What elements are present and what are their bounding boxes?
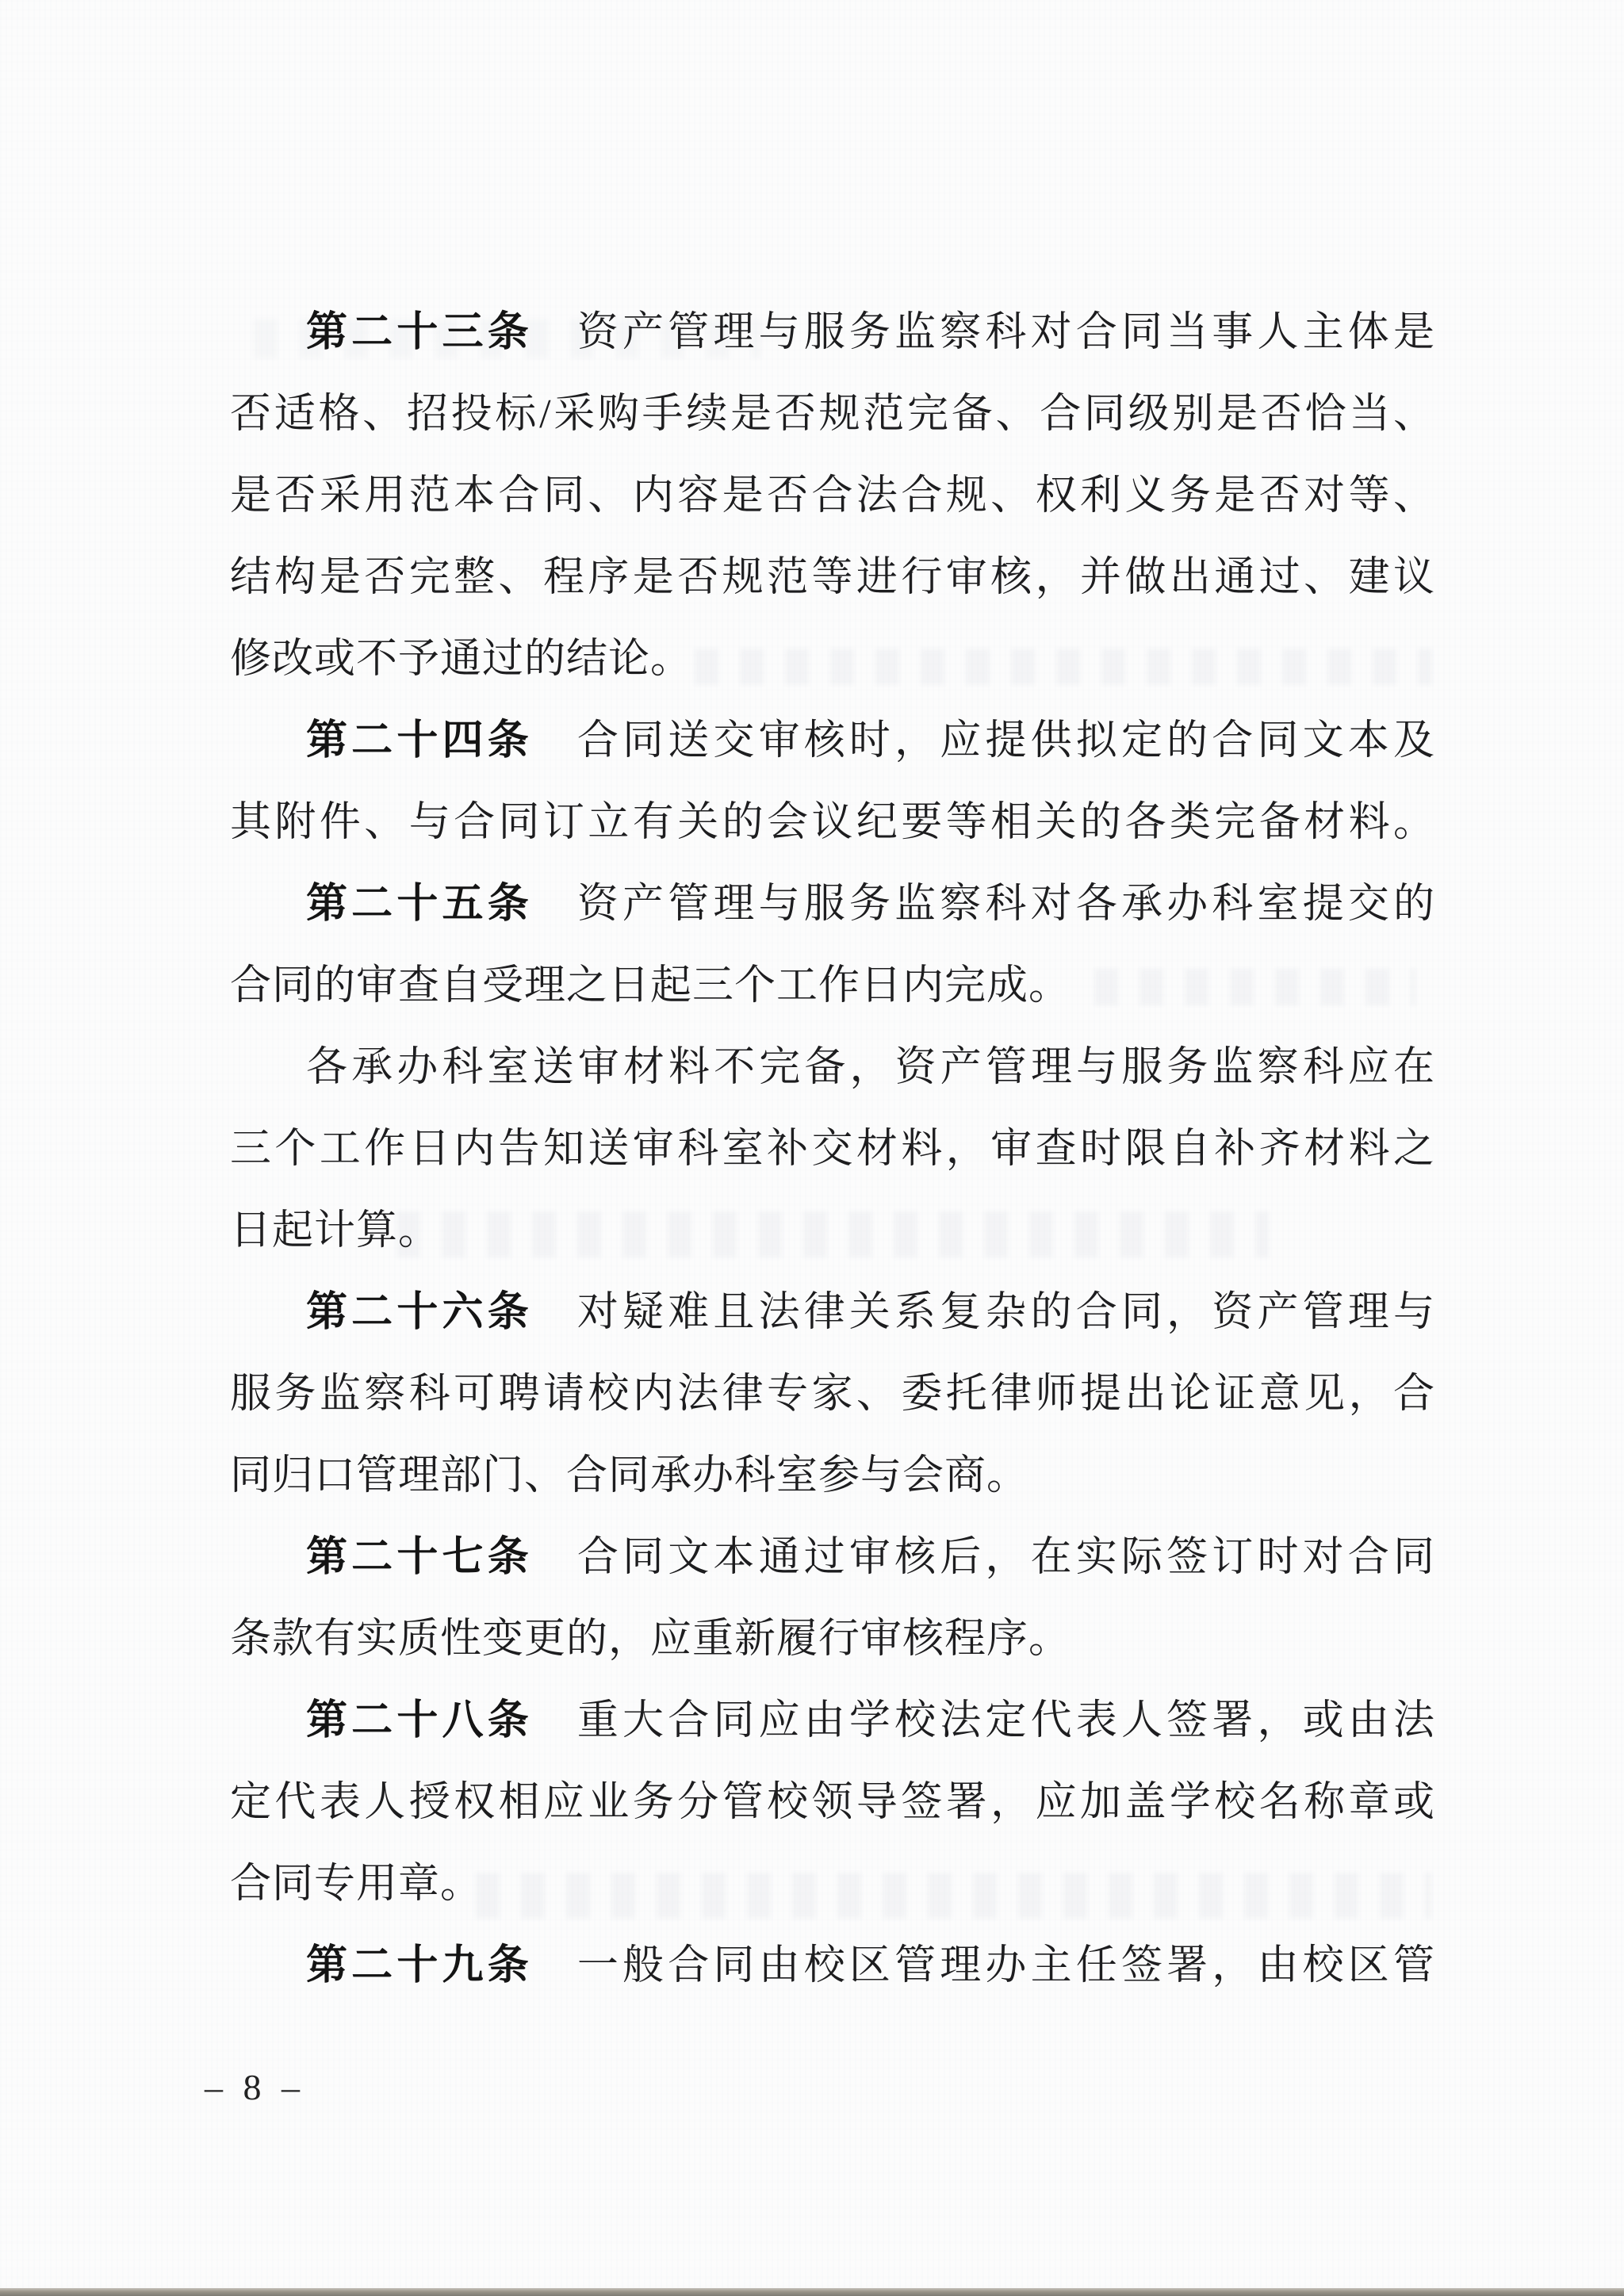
line-text: 同归口管理部门、合同承办科室参与会商。 <box>230 1453 1028 1498</box>
text-line: 第二十五条资产管理与服务监察科对各承办科室提交的 <box>230 863 1435 945</box>
line-text: 日起计算。 <box>230 1208 440 1253</box>
line-text: 对疑难且法律关系复杂的合同，资产管理与 <box>577 1290 1435 1335</box>
page-number: – 8 – <box>205 2066 305 2108</box>
line-text: 合同的审查自受理之日起三个工作日内完成。 <box>230 963 1071 1008</box>
line-text: 修改或不予通过的结论。 <box>230 637 692 682</box>
line-text: 结构是否完整、程序是否规范等进行审核，并做出通过、建议 <box>230 555 1435 600</box>
page-body: 第二十三条资产管理与服务监察科对合同当事人主体是 否适格、招投标/采购手续是否规… <box>230 292 1435 2007</box>
article-number: 第二十五条 <box>306 882 533 927</box>
scanned-document-page: 第二十三条资产管理与服务监察科对合同当事人主体是 否适格、招投标/采购手续是否规… <box>0 0 1624 2296</box>
text-line: 服务监察科可聘请校内法律专家、委托律师提出论证意见，合 <box>230 1353 1435 1435</box>
line-text: 定代表人授权相应业务分管校领导签署，应加盖学校名称章或 <box>230 1780 1435 1825</box>
line-text: 合同送交审核时，应提供拟定的合同文本及 <box>577 718 1435 763</box>
line-text: 条款有实质性变更的，应重新履行审核程序。 <box>230 1617 1071 1662</box>
text-line: 否适格、招投标/采购手续是否规范完备、合同级别是否恰当、 <box>230 373 1435 455</box>
text-line: 第二十四条合同送交审核时，应提供拟定的合同文本及 <box>230 700 1435 782</box>
text-line: 其附件、与合同订立有关的会议纪要等相关的各类完备材料。 <box>230 782 1435 863</box>
text-line: 合同的审查自受理之日起三个工作日内完成。 <box>230 945 1435 1027</box>
line-text: 服务监察科可聘请校内法律专家、委托律师提出论证意见，合 <box>230 1372 1435 1417</box>
text-line: 是否采用范本合同、内容是否合法合规、权利义务是否对等、 <box>230 455 1435 537</box>
text-line: 同归口管理部门、合同承办科室参与会商。 <box>230 1435 1435 1517</box>
article-number: 第二十七条 <box>306 1535 533 1580</box>
line-text: 资产管理与服务监察科对各承办科室提交的 <box>577 882 1435 927</box>
text-line: 合同专用章。 <box>230 1843 1435 1925</box>
line-text: 是否采用范本合同、内容是否合法合规、权利义务是否对等、 <box>230 473 1435 519</box>
line-text: 重大合同应由学校法定代表人签署，或由法 <box>577 1698 1435 1743</box>
line-text: 资产管理与服务监察科对合同当事人主体是 <box>577 310 1435 355</box>
text-line: 结构是否完整、程序是否规范等进行审核，并做出通过、建议 <box>230 537 1435 618</box>
line-text: 合同专用章。 <box>230 1862 482 1907</box>
text-line: 第二十六条对疑难且法律关系复杂的合同，资产管理与 <box>230 1272 1435 1353</box>
line-text: 三个工作日内告知送审科室补交材料，审查时限自补齐材料之 <box>230 1127 1435 1172</box>
line-text: 各承办科室送审材料不完备，资产管理与服务监察科应在 <box>306 1045 1435 1090</box>
text-line: 三个工作日内告知送审科室补交材料，审查时限自补齐材料之 <box>230 1108 1435 1190</box>
line-text: 一般合同由校区管理办主任签署，由校区管 <box>577 1943 1435 1988</box>
text-line: 日起计算。 <box>230 1190 1435 1272</box>
text-line: 条款有实质性变更的，应重新履行审核程序。 <box>230 1598 1435 1680</box>
text-line: 修改或不予通过的结论。 <box>230 618 1435 700</box>
text-line: 第二十八条重大合同应由学校法定代表人签署，或由法 <box>230 1680 1435 1762</box>
text-line: 第二十三条资产管理与服务监察科对合同当事人主体是 <box>230 292 1435 373</box>
text-line: 定代表人授权相应业务分管校领导签署，应加盖学校名称章或 <box>230 1762 1435 1843</box>
line-text: 合同文本通过审核后，在实际签订时对合同 <box>577 1535 1435 1580</box>
line-text: 否适格、招投标/采购手续是否规范完备、合同级别是否恰当、 <box>230 392 1435 437</box>
line-text: 其附件、与合同订立有关的会议纪要等相关的各类完备材料。 <box>230 800 1435 845</box>
article-number: 第二十四条 <box>306 718 533 763</box>
article-number: 第二十三条 <box>306 310 533 355</box>
text-line: 第二十九条一般合同由校区管理办主任签署，由校区管 <box>230 1925 1435 2007</box>
article-number: 第二十九条 <box>306 1943 533 1988</box>
scan-edge-bar <box>0 2288 1624 2296</box>
article-number: 第二十八条 <box>306 1698 533 1743</box>
article-number: 第二十六条 <box>306 1290 533 1335</box>
text-line: 第二十七条合同文本通过审核后，在实际签订时对合同 <box>230 1517 1435 1598</box>
text-line: 各承办科室送审材料不完备，资产管理与服务监察科应在 <box>230 1027 1435 1108</box>
